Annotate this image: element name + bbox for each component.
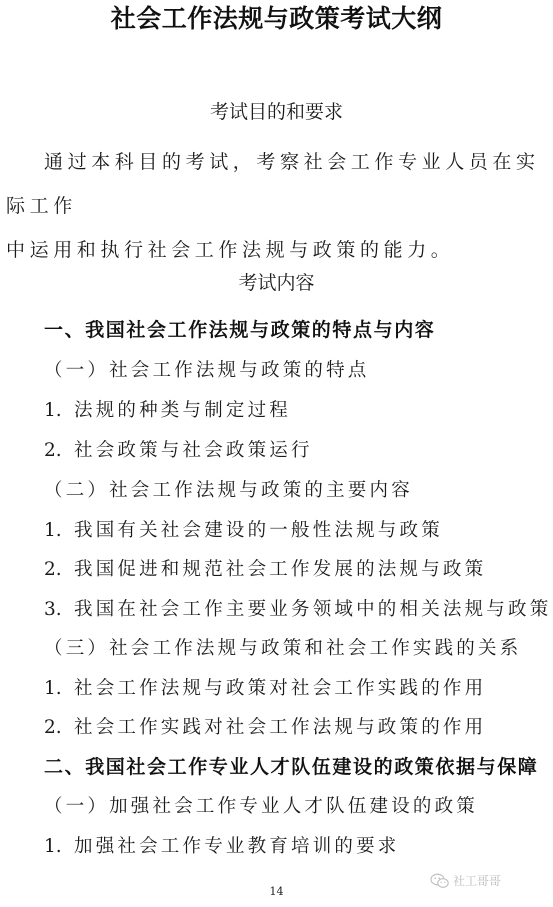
- outline-section: （一）社会工作法规与政策的特点: [44, 358, 370, 384]
- outline-item: 2.社会工作实践对社会工作法规与政策的作用: [44, 715, 486, 741]
- outline-item: 1.加强社会工作专业教育培训的要求: [44, 834, 400, 860]
- purpose-heading: 考试目的和要求: [0, 99, 553, 125]
- outline-section: （一）加强社会工作专业人才队伍建设的政策: [44, 794, 478, 820]
- purpose-paragraph: 通过本科目的考试，考察社会工作专业人员在实际工作 中运用和执行社会工作法规与政策…: [6, 140, 551, 272]
- outline-item: 1.我国有关社会建设的一般性法规与政策: [44, 518, 443, 544]
- page-title: 社会工作法规与政策考试大纲: [0, 2, 553, 36]
- outline-item: 2.我国促进和规范社会工作发展的法规与政策: [44, 557, 486, 583]
- purpose-line-2: 中运用和执行社会工作法规与政策的能力。: [6, 228, 551, 272]
- outline-item: 1.法规的种类与制定过程: [44, 398, 291, 424]
- outline-section: （二）社会工作法规与政策的主要内容: [44, 478, 413, 504]
- outline-item: 3.我国在社会工作主要业务领域中的相关法规与政策: [44, 597, 551, 623]
- outline-chapter-2: 二、我国社会工作专业人才队伍建设的政策依据与保障: [44, 754, 538, 780]
- page-number: 14: [0, 885, 553, 898]
- outline-item: 1.社会工作法规与政策对社会工作实践的作用: [44, 676, 486, 702]
- purpose-line-1: 通过本科目的考试，考察社会工作专业人员在实际工作: [6, 140, 551, 228]
- outline-chapter-1: 一、我国社会工作法规与政策的特点与内容: [44, 317, 435, 343]
- outline-section: （三）社会工作法规与政策和社会工作实践的关系: [44, 636, 521, 662]
- content-heading: 考试内容: [0, 270, 553, 296]
- outline-item: 2.社会政策与社会政策运行: [44, 438, 313, 464]
